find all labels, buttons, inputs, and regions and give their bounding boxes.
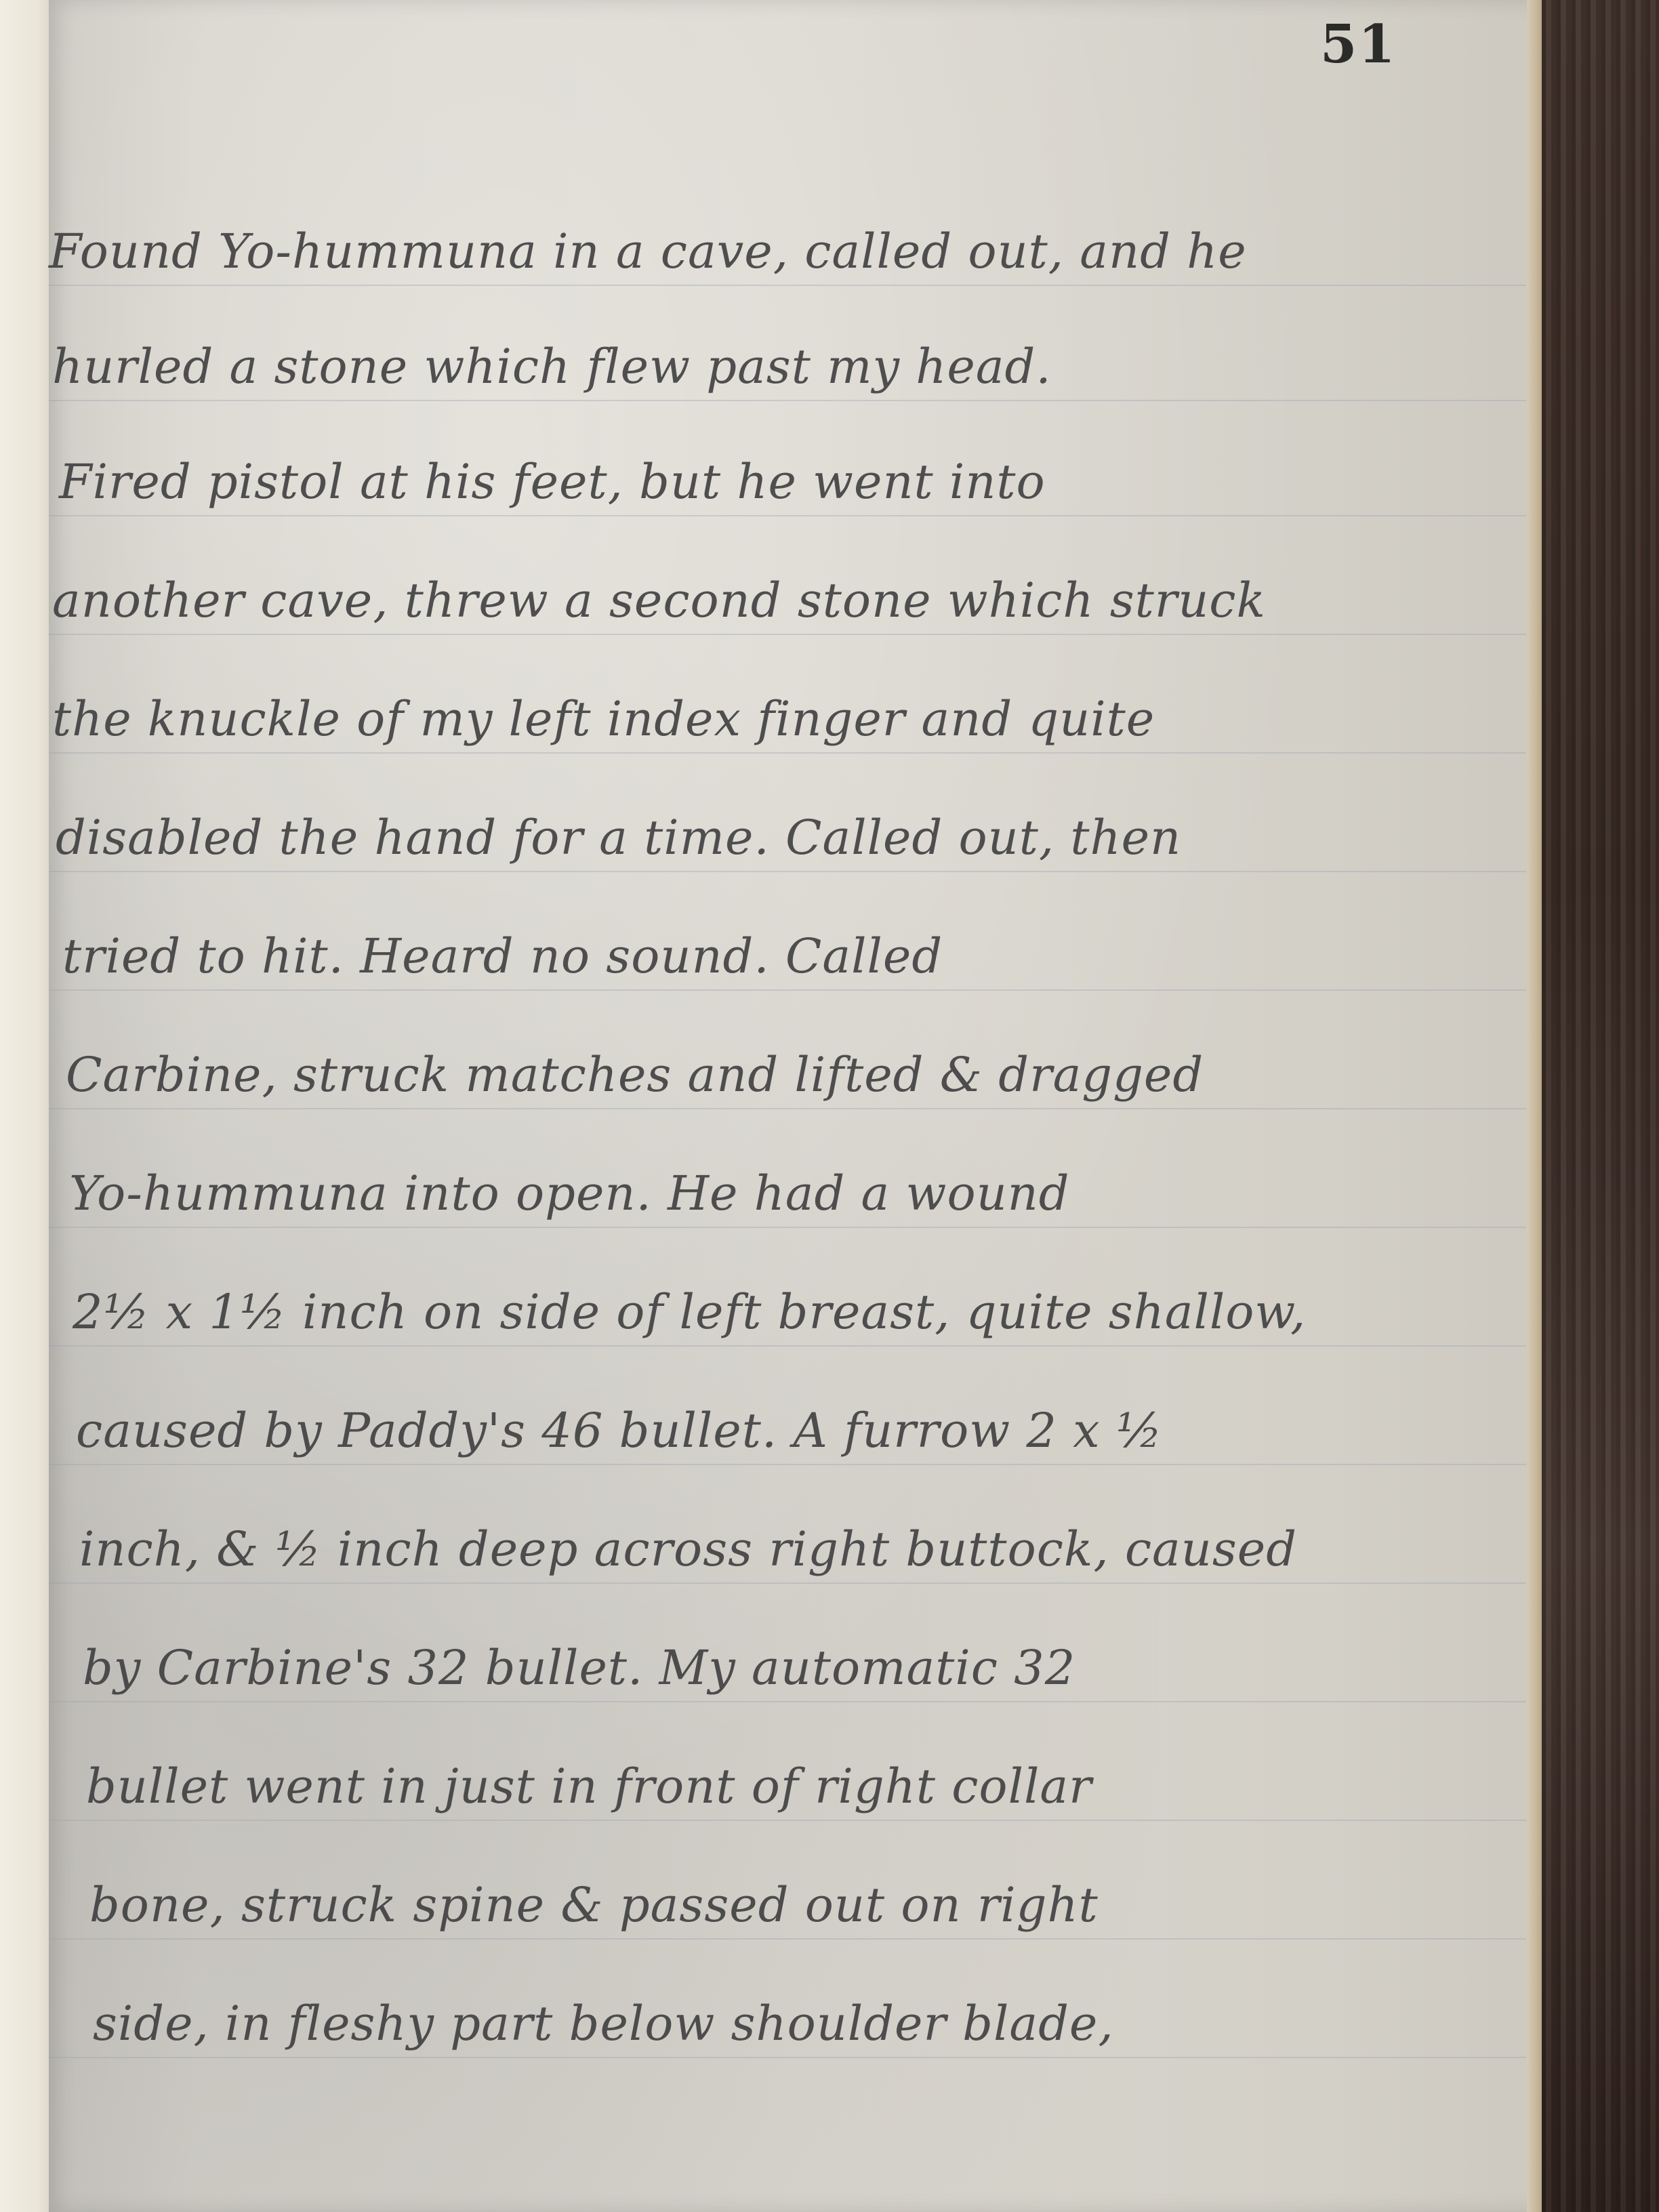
handwritten-line: the knuckle of my left index finger and … [52,691,1530,747]
handwritten-line: disabled the hand for a time. Called out… [56,810,1533,865]
ruled-line [49,1227,1526,1228]
ruled-line [49,2057,1526,2058]
handwritten-line: another cave, threw a second stone which… [52,573,1530,628]
handwritten-line: hurled a stone which flew past my head. [52,339,1530,394]
ruled-line [49,285,1526,286]
ruled-line [49,752,1526,754]
ruled-line [49,634,1526,635]
handwritten-line: side, in fleshy part below shoulder blad… [93,1996,1570,2051]
handwritten-line: Fired pistol at his feet, but he went in… [59,454,1536,510]
ruled-line [49,1701,1526,1702]
ruled-line [49,400,1526,401]
handwritten-line: Carbine, struck matches and lifted & dra… [66,1047,1543,1103]
ruled-line [49,1938,1526,1940]
handwritten-line: tried to hit. Heard no sound. Called [62,928,1540,984]
handwritten-line: bone, struck spine & passed out on right [89,1877,1567,1933]
ruled-line [49,1464,1526,1465]
handwritten-line: Found Yo-hummuna in a cave, called out, … [49,224,1526,279]
page-number: 51 [1320,14,1397,75]
ruled-line [49,1345,1526,1347]
ruled-line [49,515,1526,516]
previous-page-edge [0,0,54,2212]
wooden-table-background [1542,0,1659,2212]
handwritten-line: inch, & ½ inch deep across right buttock… [79,1521,1557,1577]
ruled-line [49,989,1526,991]
handwritten-line: caused by Paddy's 46 bullet. A furrow 2 … [76,1403,1553,1458]
ruled-line [49,1582,1526,1584]
handwritten-line: by Carbine's 32 bullet. My automatic 32 [83,1640,1560,1696]
notebook-page: 51 Found Yo-hummuna in a cave, called ou… [49,0,1542,2212]
ruled-line [49,1108,1526,1109]
ruled-line [49,871,1526,872]
handwritten-line: Yo-hummuna into open. He had a wound [69,1166,1547,1221]
handwritten-line: 2½ x 1½ inch on side of left breast, qui… [73,1284,1550,1340]
ruled-line [49,1820,1526,1821]
handwritten-line: bullet went in just in front of right co… [86,1759,1563,1814]
